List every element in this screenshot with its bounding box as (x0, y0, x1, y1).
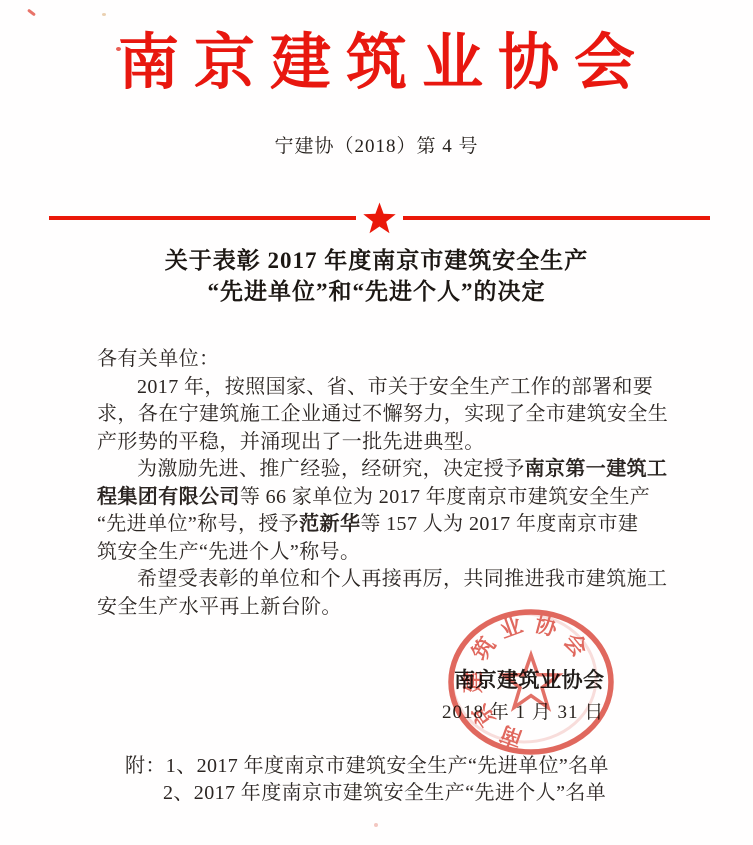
body-segment: 筑安全生产“先进个人”称号。 (97, 541, 360, 563)
doc-title: 关于表彰 2017 年度南京市建筑安全生产 “先进单位”和“先进个人”的决定 (0, 246, 753, 307)
attachment-line: 附：1、2017 年度南京市建筑安全生产“先进单位”名单 (125, 753, 725, 780)
body-line: 程集团有限公司等 66 家单位为 2017 年度南京市建筑安全生产 (97, 484, 677, 512)
seal-ring-char: 建 (461, 671, 486, 693)
divider-rule-left (49, 216, 356, 220)
star-icon (361, 200, 398, 237)
seal-ring-text: 南京建筑业协会 (461, 611, 593, 752)
divider-rule-right (403, 216, 710, 220)
body-emphasis: 南京第一建筑工 (525, 458, 668, 480)
body-segment: 等 66 家单位为 2017 年度南京市建筑安全生产 (240, 486, 650, 508)
attachment-list: 附：1、2017 年度南京市建筑安全生产“先进单位”名单 2、2017 年度南京… (125, 753, 725, 807)
body-segment: 为激励先进、推广经验，经研究，决定授予 (137, 458, 525, 480)
body-segment: 各有关单位： (97, 348, 219, 370)
body-line: 为激励先进、推广经验，经研究，决定授予南京第一建筑工 (97, 456, 677, 484)
red-divider (49, 203, 710, 233)
document-page: 南京建筑业协会 宁建协（2018）第 4 号 关于表彰 2017 年度南京市建筑… (0, 0, 753, 845)
body-segment: 希望受表彰的单位和个人再接再厉，共同推进我市建筑施工 (137, 568, 667, 590)
body-segment: “先进单位”称号，授予 (97, 513, 299, 535)
seal-star-icon (503, 655, 558, 708)
body-line: 各有关单位： (97, 346, 677, 374)
body-segment: 安全生产水平再上新台阶。 (97, 596, 342, 618)
body-text: 各有关单位：2017 年，按照国家、省、市关于安全生产工作的部署和要求，各在宁建… (97, 346, 677, 621)
scan-speck (102, 13, 106, 16)
body-segment: 产形势的平稳，并涌现出了一批先进典型。 (97, 431, 485, 453)
doc-title-line2: “先进单位”和“先进个人”的决定 (0, 277, 753, 308)
body-line: 希望受表彰的单位和个人再接再厉，共同推进我市建筑施工 (97, 566, 677, 594)
body-emphasis: 程集团有限公司 (97, 486, 240, 508)
attachment-line: 2、2017 年度南京市建筑安全生产“先进个人”名单 (125, 780, 725, 807)
body-line: 筑安全生产“先进个人”称号。 (97, 539, 677, 567)
body-line: 产形势的平稳，并涌现出了一批先进典型。 (97, 429, 677, 457)
body-line: 2017 年，按照国家、省、市关于安全生产工作的部署和要 (97, 374, 677, 402)
scan-speck (116, 47, 121, 51)
seal-ring-char: 协 (532, 611, 561, 641)
body-segment: 求，各在宁建筑施工企业通过不懈努力，实现了全市建筑安全生 (97, 403, 668, 425)
body-segment: 等 157 人为 2017 年度南京市建 (360, 513, 638, 535)
body-line: “先进单位”称号，授予范新华等 157 人为 2017 年度南京市建 (97, 511, 677, 539)
body-emphasis: 范新华 (299, 513, 360, 535)
doc-number: 宁建协（2018）第 4 号 (0, 131, 753, 158)
scan-speck (374, 823, 378, 827)
doc-title-line1: 关于表彰 2017 年度南京市建筑安全生产 (0, 246, 753, 277)
scan-speck (27, 9, 36, 17)
official-seal: 南京建筑业协会 (440, 605, 630, 765)
org-title: 南京建筑业协会 (0, 30, 753, 97)
body-segment: 2017 年，按照国家、省、市关于安全生产工作的部署和要 (137, 376, 653, 398)
body-line: 求，各在宁建筑施工企业通过不懈努力，实现了全市建筑安全生 (97, 401, 677, 429)
